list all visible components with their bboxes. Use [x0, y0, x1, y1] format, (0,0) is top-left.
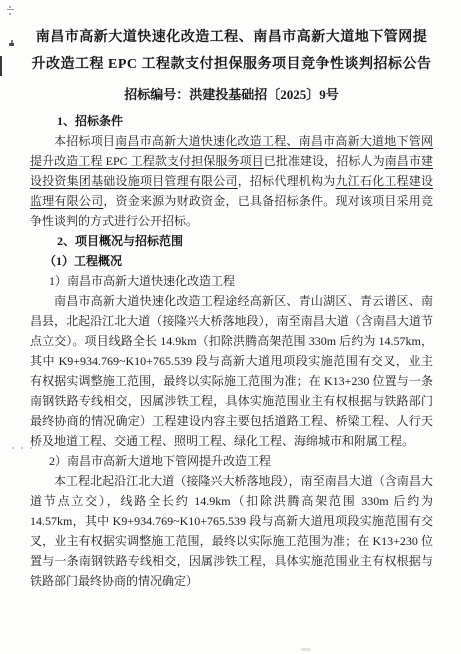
section-1-heading: 1、招标条件 — [57, 111, 433, 131]
section-2-sub-1-heading: （1）工程概况 — [44, 251, 433, 271]
section-1-paragraph: 本招标项目南昌市高新大道快速化改造工程、南昌市高新大道地下管网提升改造工程 EP… — [30, 131, 433, 231]
project-1-paragraph: 南昌市高新大道快速化改造工程途经高新区、青山湖区、青云谱区、南昌县，北起沿江北大… — [30, 291, 433, 451]
scan-artifact-smudge — [301, 648, 311, 651]
bid-number: 招标编号：洪建投基础招〔2025〕9号 — [30, 85, 433, 105]
text-segment: 已批准建设，招标人为 — [264, 154, 385, 168]
section-2-heading: 2、项目概况与招标范围 — [57, 231, 433, 251]
project-1-heading: 1）南昌市高新大道快速化改造工程 — [49, 271, 433, 291]
scan-edge-mark — [0, 56, 2, 76]
scan-artifact-icon — [7, 6, 14, 15]
text-segment: ，招标代理机构为 — [238, 174, 336, 188]
document-page: 南昌市高新大道快速化改造工程、南昌市高新大道地下管网提升改造工程 EPC 工程款… — [0, 0, 461, 654]
page-title: 南昌市高新大道快速化改造工程、南昌市高新大道地下管网提升改造工程 EPC 工程款… — [30, 24, 433, 78]
project-2-heading: 2）南昌市高新大道地下管网提升改造工程 — [49, 451, 433, 471]
scan-artifact-icon — [8, 40, 14, 47]
text-segment: 本招标项目 — [54, 134, 115, 148]
project-2-paragraph: 本工程北起沿江北大道（接隆兴大桥落地段），南至南昌大道（含南昌大道节点立交），线… — [30, 471, 433, 591]
